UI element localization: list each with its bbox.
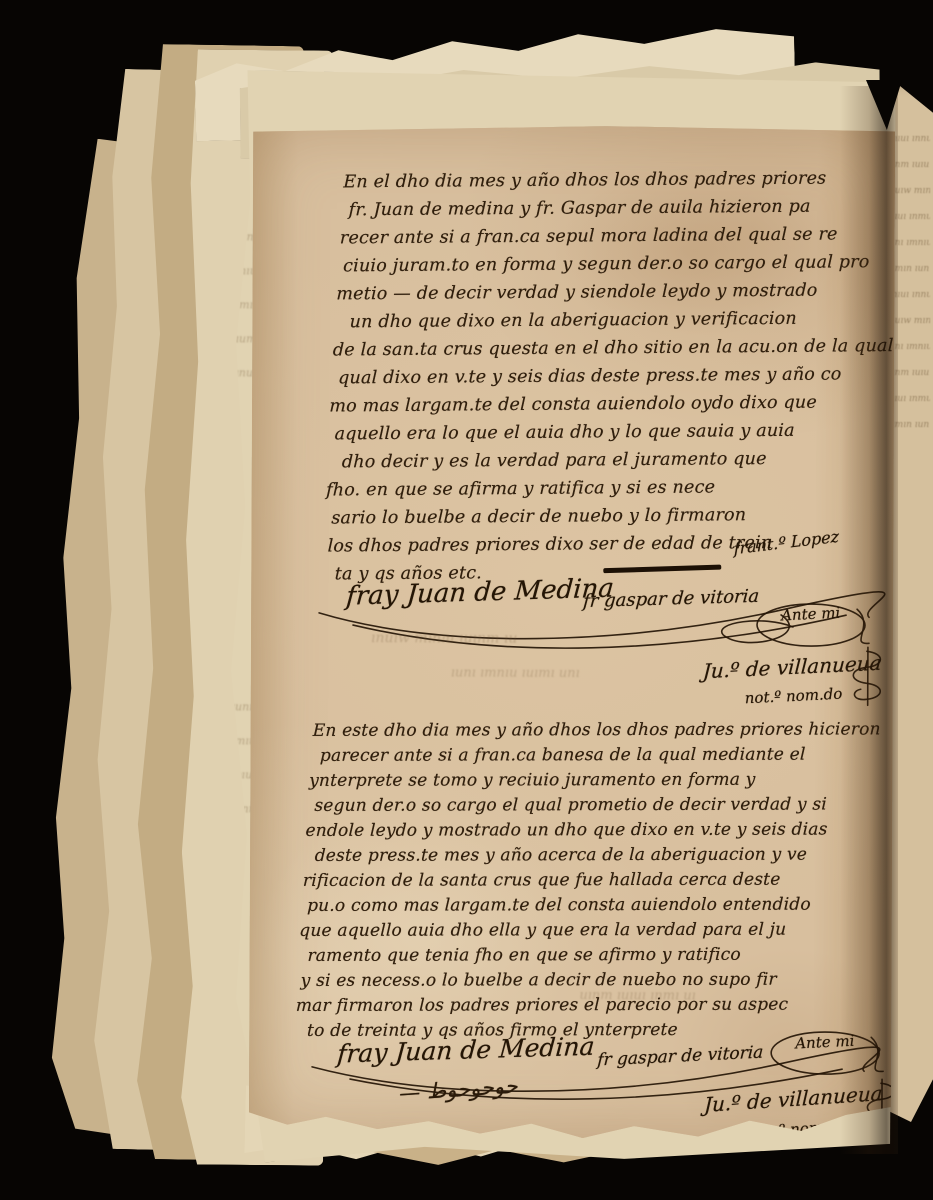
text-line: ramento que tenia fho en que se afirmo y…	[307, 942, 890, 969]
text-line: fho. en que se afirma y ratifica y si es…	[326, 472, 896, 504]
text-line: pu.o como mas largam.te del consta auien…	[307, 892, 892, 919]
deposition-paragraph-1: En el dho dia mes y año dhos los dhos pa…	[332, 164, 903, 589]
text-line: un dho que dixo en la aberiguacion y ver…	[349, 304, 900, 336]
text-line: En este dho dia mes y año dhos los dhos …	[312, 717, 897, 744]
text-line: deste press.te mes y año acerca de la ab…	[314, 842, 893, 869]
text-line: parecer ante si a fran.ca banesa de la q…	[320, 742, 897, 769]
text-line: rificacion de la santa crus que fue hall…	[303, 867, 893, 894]
text-line: mar firmaron los padres priores el parec…	[295, 992, 888, 1019]
text-line: mo mas largam.te del consta auiendolo oy…	[329, 388, 898, 420]
ante-mi-label: Ante mi	[781, 604, 841, 625]
text-line: metio — de decir verdad y siendole leydo…	[336, 276, 901, 308]
text-line: segun der.o so cargo el qual prometio de…	[314, 792, 895, 819]
text-line: endole leydo y mostrado un dho que dixo …	[305, 817, 894, 844]
bleedthrough-text: ıunı ımnıu ıuımı unı	[451, 665, 580, 681]
bleedthrough-text: ınuıw mınıu ıuınm ıu	[371, 630, 517, 647]
text-line: fr. Juan de medina y fr. Gaspar de auila…	[348, 192, 903, 224]
text-line: ciuio juram.to en forma y segun der.o so…	[343, 248, 902, 280]
text-line: aquello era lo que el auia dho y lo que …	[334, 416, 897, 448]
manuscript-photograph: ımıuı ınnuı mıuı ıuım uınm ıuıuı ınmı uı…	[0, 0, 933, 1200]
text-line: En el dho dia mes y año dhos los dhos pa…	[343, 164, 904, 196]
notary-title: not.º nom.do	[744, 685, 842, 708]
ante-mi-label: Ante mi	[795, 1032, 855, 1053]
text-line: dho decir y es la verdad para el juramen…	[341, 444, 896, 476]
manuscript-page: En el dho dia mes y año dhos los dhos pa…	[249, 125, 895, 1140]
text-line: recer ante si a fran.ca sepul mora ladin…	[340, 220, 903, 252]
text-line: sario lo buelbe a decir de nuebo y lo fi…	[331, 500, 895, 532]
deposition-paragraph-2: En este dho dia mes y año dhos los dhos …	[303, 717, 897, 1044]
text-line: qual dixo en v.te y seis dias deste pres…	[338, 360, 899, 392]
text-line: que aquello auia dho ella y que era la v…	[299, 917, 891, 944]
text-line: de la san.ta crus questa en el dho sitio…	[333, 332, 900, 364]
text-line: y si es necess.o lo buelbe a decir de nu…	[300, 967, 889, 994]
text-line: ynterprete se tomo y reciuio juramento e…	[309, 767, 896, 794]
notary-rubric-spiral	[847, 645, 889, 717]
